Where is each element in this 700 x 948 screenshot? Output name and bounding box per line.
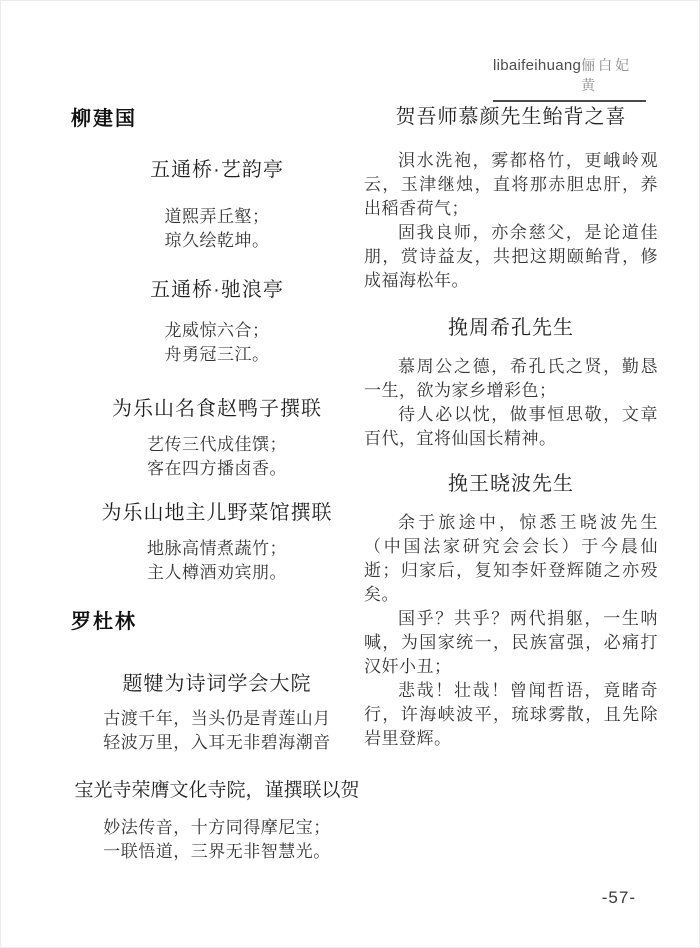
couplet-line: 客在四方播卤香。 [147, 457, 287, 481]
journal-chinese-title: 俪白妃黄 [581, 55, 646, 95]
journal-romanized-title: libaifeihuang [493, 57, 581, 74]
elegy-entry: 挽王晓波先生 余于旅途中，惊悉王晓波先生（中国法家研究会会长）于今晨仙逝；归家后… [364, 471, 658, 751]
couplet-line: 道熙弄丘壑； [165, 205, 270, 229]
poem-entry: 五通桥·驰浪亭 龙威惊六合； 舟勇冠三江。 [71, 277, 363, 367]
elegy-paragraph: 待人必以忱，做事恒思敬，文章百代，宜将仙国长精神。 [364, 403, 658, 451]
elegy-title: 挽周希孔先生 [364, 315, 658, 341]
author-name-heading: 罗杜林 [71, 609, 363, 635]
poem-title: 五通桥·艺韵亭 [71, 157, 363, 183]
couplet-block: 道熙弄丘壑； 琼久绘乾坤。 [71, 205, 363, 253]
poem-title: 题犍为诗词学会大院 [71, 671, 363, 697]
couplet-line: 舟勇冠三江。 [165, 343, 270, 367]
couplet-line: 妙法传音，十方同得摩尼宝； [103, 816, 331, 840]
page-number: -57- [602, 888, 636, 908]
couplet-block: 地脉高情煮蔬竹； 主人樽酒劝宾朋。 [71, 537, 363, 585]
couplet-block: 妙法传音，十方同得摩尼宝； 一联悟道，三界无非智慧光。 [71, 816, 363, 864]
poem-entry: 题犍为诗词学会大院 古渡千年，当头仍是青莲山月 轻波万里，入耳无非碧海潮音 [71, 671, 363, 755]
poem-entry: 五通桥·艺韵亭 道熙弄丘壑； 琼久绘乾坤。 [71, 157, 363, 253]
author-name-heading: 柳建国 [71, 106, 363, 132]
poem-entry: 宝光寺荣膺文化寺院，谨撰联以贺 妙法传音，十方同得摩尼宝； 一联悟道，三界无非智… [71, 778, 363, 864]
couplet-line: 琼久绘乾坤。 [165, 229, 270, 253]
elegy-body: 浿水洗袍，雾都格竹，更峨岭观云，玉津继烛，直将那赤胆忠肝，养出稻香荷气； 固我良… [364, 149, 658, 293]
page-header: libaifeihuang 俪白妃黄 [493, 55, 646, 102]
elegy-entry: 贺吾师慕颜先生鲐背之喜 浿水洗袍，雾都格竹，更峨岭观云，玉津继烛，直将那赤胆忠肝… [364, 104, 658, 293]
elegy-paragraph: 固我良师，亦余慈父，是论道佳朋，赏诗益友，共把这期颐鲐背，修成福海松年。 [364, 221, 658, 293]
couplet-line: 古渡千年，当头仍是青莲山月 [103, 707, 331, 731]
couplet-line: 龙威惊六合； [165, 319, 270, 343]
poem-title: 为乐山地主儿野菜馆撰联 [71, 500, 363, 526]
elegy-title: 挽王晓波先生 [364, 471, 658, 497]
elegy-body: 余于旅途中，惊悉王晓波先生（中国法家研究会会长）于今晨仙逝；归家后，复知李奸登辉… [364, 511, 658, 751]
elegy-paragraph: 悲哉！壮哉！曾闻哲语，竟睹奇行，许海峡波平，琉球雾散，且先除岩里登辉。 [364, 679, 658, 751]
poem-title: 为乐山名食赵鸭子撰联 [71, 396, 363, 422]
elegy-paragraph: 慕周公之德，希孔氏之贤，勤恳一生，欲为家乡增彩色； [364, 355, 658, 403]
elegy-entry: 挽周希孔先生 慕周公之德，希孔氏之贤，勤恳一生，欲为家乡增彩色； 待人必以忱，做… [364, 315, 658, 451]
elegy-title: 贺吾师慕颜先生鲐背之喜 [364, 104, 658, 130]
couplet-line: 地脉高情煮蔬竹； [147, 537, 287, 561]
couplet-line: 艺传三代成佳馔； [147, 433, 287, 457]
elegy-body: 慕周公之德，希孔氏之贤，勤恳一生，欲为家乡增彩色； 待人必以忱，做事恒思敬，文章… [364, 355, 658, 451]
elegy-paragraph: 浿水洗袍，雾都格竹，更峨岭观云，玉津继烛，直将那赤胆忠肝，养出稻香荷气； [364, 149, 658, 221]
elegy-paragraph: 余于旅途中，惊悉王晓波先生（中国法家研究会会长）于今晨仙逝；归家后，复知李奸登辉… [364, 511, 658, 607]
poem-entry: 为乐山地主儿野菜馆撰联 地脉高情煮蔬竹； 主人樽酒劝宾朋。 [71, 500, 363, 585]
couplet-line: 轻波万里，入耳无非碧海潮音 [103, 731, 331, 755]
poem-entry: 为乐山名食赵鸭子撰联 艺传三代成佳馔； 客在四方播卤香。 [71, 396, 363, 481]
book-page: libaifeihuang 俪白妃黄 柳建国 五通桥·艺韵亭 道熙弄丘壑； 琼久… [0, 0, 700, 948]
couplet-block: 艺传三代成佳馔； 客在四方播卤香。 [71, 433, 363, 481]
couplet-block: 古渡千年，当头仍是青莲山月 轻波万里，入耳无非碧海潮音 [71, 707, 363, 755]
poem-title: 五通桥·驰浪亭 [71, 277, 363, 303]
couplet-line: 一联悟道，三界无非智慧光。 [103, 840, 331, 864]
poem-title: 宝光寺荣膺文化寺院，谨撰联以贺 [71, 778, 363, 804]
elegy-paragraph: 国乎？共乎？两代捐躯，一生呐喊，为国家统一，民族富强，必痛打汉奸小丑； [364, 607, 658, 679]
couplet-block: 龙威惊六合； 舟勇冠三江。 [71, 319, 363, 367]
couplet-line: 主人樽酒劝宾朋。 [147, 561, 287, 585]
left-column: 柳建国 五通桥·艺韵亭 道熙弄丘壑； 琼久绘乾坤。 五通桥·驰浪亭 龙威惊六合；… [71, 96, 363, 864]
right-column: 贺吾师慕颜先生鲐背之喜 浿水洗袍，雾都格竹，更峨岭观云，玉津继烛，直将那赤胆忠肝… [364, 96, 658, 751]
